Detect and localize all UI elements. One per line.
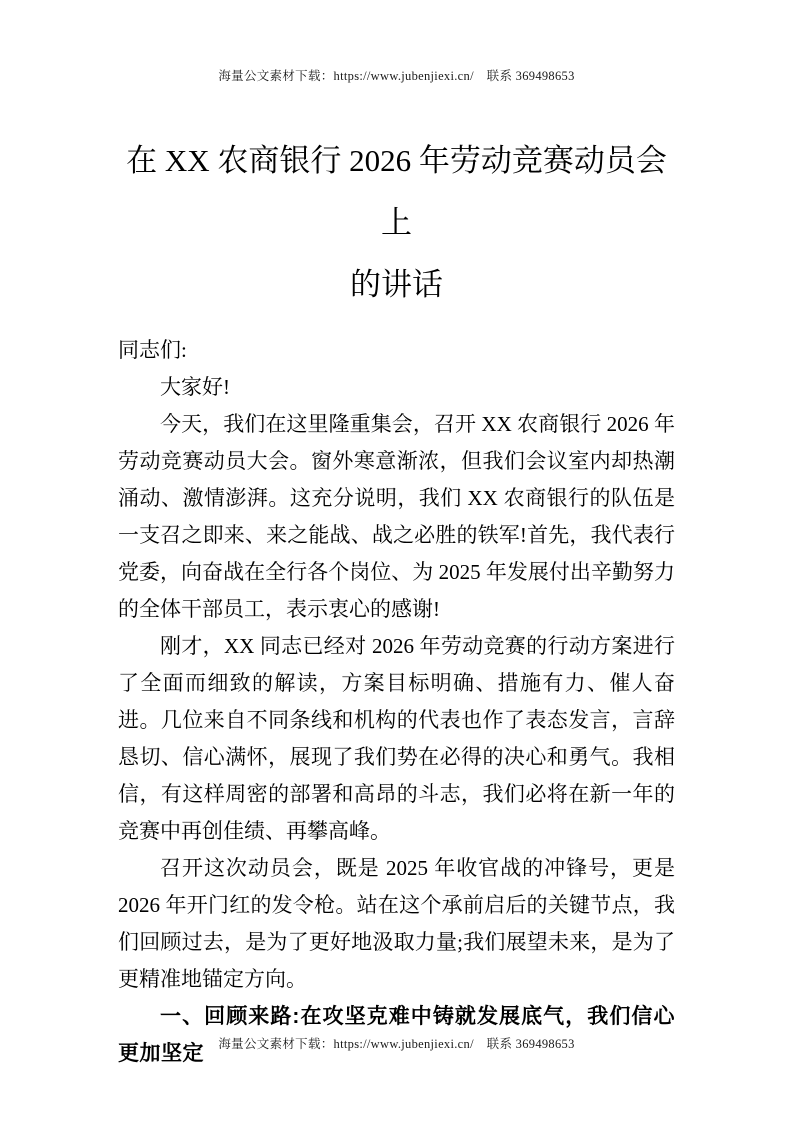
document-body: 同志们: 大家好! 今天，我们在这里隆重集会，召开 XX 农商银行 2026 年… bbox=[118, 332, 675, 1072]
document-page: 海量公文素材下载：https://www.jubenjiexi.cn/ 联系 3… bbox=[0, 0, 793, 1122]
paragraph-mobilization: 召开这次动员会，既是 2025 年收官战的冲锋号，更是 2026 年开门红的发令… bbox=[118, 850, 675, 998]
paragraph-salutation: 同志们: bbox=[118, 332, 675, 369]
document-title: 在 XX 农商银行 2026 年劳动竞赛动员会上 的讲话 bbox=[118, 130, 675, 316]
page-header-watermark: 海量公文素材下载：https://www.jubenjiexi.cn/ 联系 3… bbox=[0, 66, 793, 84]
document-content: 在 XX 农商银行 2026 年劳动竞赛动员会上 的讲话 同志们: 大家好! 今… bbox=[118, 130, 675, 1072]
paragraph-opening: 今天，我们在这里隆重集会，召开 XX 农商银行 2026 年劳动竞赛动员大会。窗… bbox=[118, 406, 675, 628]
document-title-line-2: 的讲话 bbox=[118, 254, 675, 316]
paragraph-greeting: 大家好! bbox=[118, 369, 675, 406]
document-title-line-1: 在 XX 农商银行 2026 年劳动竞赛动员会上 bbox=[118, 130, 675, 254]
paragraph-plan-review: 刚才，XX 同志已经对 2026 年劳动竞赛的行动方案进行了全面而细致的解读，方… bbox=[118, 628, 675, 850]
page-footer-watermark: 海量公文素材下载：https://www.jubenjiexi.cn/ 联系 3… bbox=[0, 1034, 793, 1052]
